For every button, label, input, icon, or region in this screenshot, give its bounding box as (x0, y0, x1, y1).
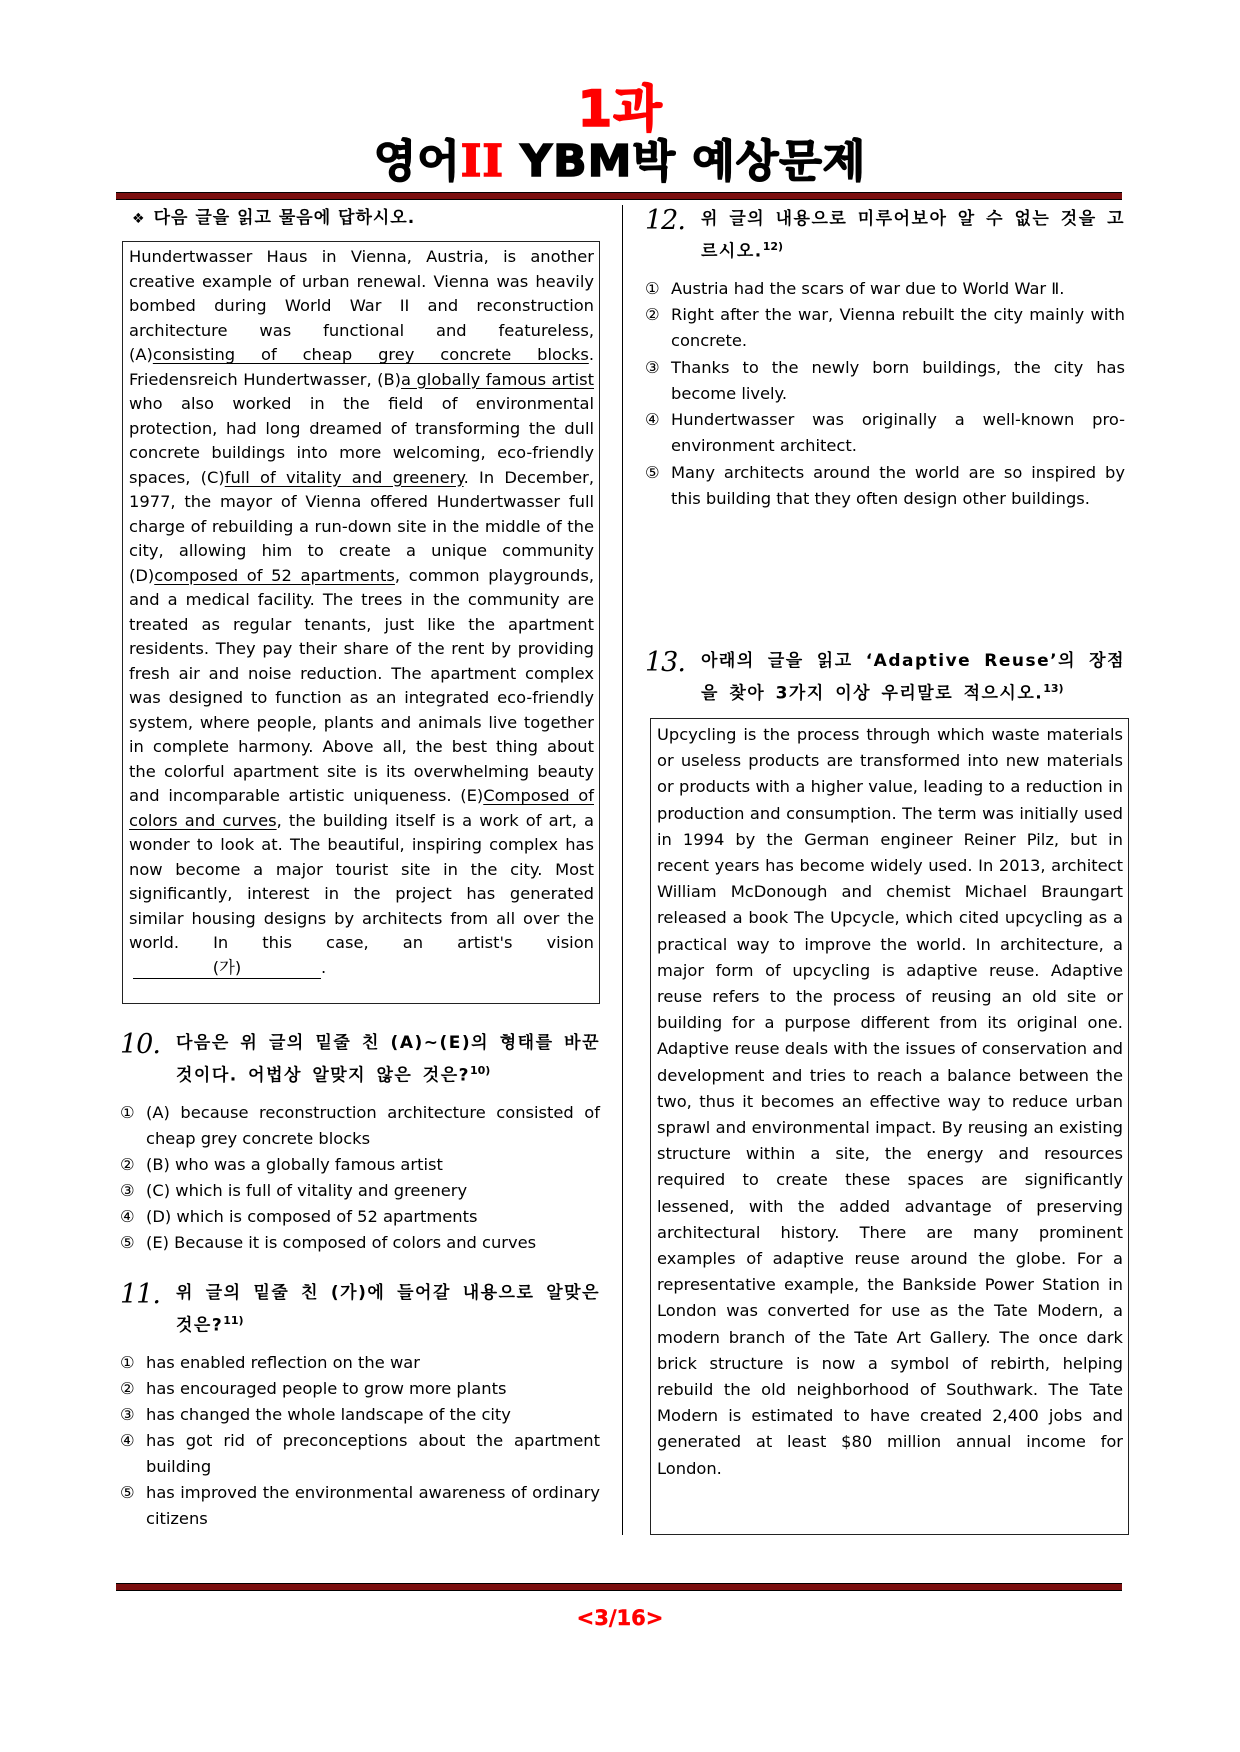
underline-b: a globally famous artist (401, 370, 594, 389)
prompt-text: 아래의 글을 읽고 ‘Adaptive Reuse’의 장점을 찾아 3가지 이… (701, 651, 1125, 704)
option-1[interactable]: ①(A) because reconstruction architecture… (120, 1100, 600, 1152)
option-marker: ② (645, 302, 671, 355)
question-12: 12. 위 글의 내용으로 미루어보아 알 수 없는 것을 고르시오.12) ①… (645, 206, 1125, 512)
footnote-ref: 12) (763, 240, 783, 253)
passage-text: , common playgrounds, and a medical faci… (129, 566, 594, 806)
option-list: ①Austria had the scars of war due to Wor… (645, 276, 1125, 513)
option-marker: ④ (120, 1428, 146, 1480)
option-text: (A) because reconstruction architecture … (146, 1100, 600, 1152)
option-text: Thanks to the newly born buildings, the … (671, 355, 1125, 408)
option-text: (E) Because it is composed of colors and… (146, 1230, 600, 1256)
option-marker: ⑤ (120, 1480, 146, 1532)
passage-text: , the building itself is a work of art, … (129, 811, 594, 953)
page-header: 1과 영어II YBM박 예상문제 (0, 82, 1240, 188)
option-marker: ① (645, 276, 671, 302)
option-list: ①has enabled reflection on the war ②has … (120, 1350, 600, 1532)
page-indicator: <3/16> (0, 1606, 1240, 1630)
header-divider (116, 192, 1122, 200)
option-4[interactable]: ④has got rid of preconceptions about the… (120, 1428, 600, 1480)
option-text: has encouraged people to grow more plant… (146, 1376, 600, 1402)
option-3[interactable]: ③Thanks to the newly born buildings, the… (645, 355, 1125, 408)
option-text: has enabled reflection on the war (146, 1350, 600, 1376)
option-text: has got rid of preconceptions about the … (146, 1428, 600, 1480)
option-5[interactable]: ⑤has improved the environmental awarenes… (120, 1480, 600, 1532)
option-marker: ① (120, 1100, 146, 1152)
option-marker: ④ (120, 1204, 146, 1230)
reading-passage-adaptive-reuse: Upcycling is the process through which w… (650, 718, 1129, 1535)
option-4[interactable]: ④(D) which is composed of 52 apartments (120, 1204, 600, 1230)
prompt-text: 위 글의 밑줄 친 (가)에 들어갈 내용으로 알맞은 것은? (176, 1283, 600, 1336)
option-marker: ① (120, 1350, 146, 1376)
option-text: (C) which is full of vitality and greene… (146, 1178, 600, 1204)
option-text: Many architects around the world are so … (671, 460, 1125, 513)
option-3[interactable]: ③has changed the whole landscape of the … (120, 1402, 600, 1428)
title-suffix: YBM박 예상문제 (504, 136, 866, 187)
title-roman-numeral: II (461, 136, 504, 187)
footnote-ref: 13) (1043, 682, 1063, 695)
option-marker: ② (120, 1152, 146, 1178)
option-marker: ③ (120, 1402, 146, 1428)
option-5[interactable]: ⑤Many architects around the world are so… (645, 460, 1125, 513)
option-marker: ② (120, 1376, 146, 1402)
option-3[interactable]: ③(C) which is full of vitality and green… (120, 1178, 600, 1204)
option-2[interactable]: ②(B) who was a globally famous artist (120, 1152, 600, 1178)
underline-d: composed of 52 apartments (154, 566, 395, 585)
question-number: 13. (645, 648, 701, 678)
option-text: (D) which is composed of 52 apartments (146, 1204, 600, 1230)
option-1[interactable]: ①has enabled reflection on the war (120, 1350, 600, 1376)
diamond-bullet-icon: ❖ (132, 211, 146, 227)
option-2[interactable]: ②Right after the war, Vienna rebuilt the… (645, 302, 1125, 355)
question-prompt: 아래의 글을 읽고 ‘Adaptive Reuse’의 장점을 찾아 3가지 이… (701, 648, 1125, 708)
option-text: Hundertwasser was originally a well-know… (671, 407, 1125, 460)
option-marker: ④ (645, 407, 671, 460)
instruction: ❖다음 글을 읽고 물음에 답하시오. (132, 203, 415, 228)
option-text: Austria had the scars of war due to Worl… (671, 276, 1125, 302)
prompt-text: 다음은 위 글의 밑줄 친 (A)~(E)의 형태를 바꾼 것이다. 어법상 알… (176, 1033, 600, 1086)
question-11: 11. 위 글의 밑줄 친 (가)에 들어갈 내용으로 알맞은 것은?11) ①… (120, 1280, 600, 1532)
option-text: has changed the whole landscape of the c… (146, 1402, 600, 1428)
question-number: 10. (120, 1030, 176, 1060)
footnote-ref: 10) (470, 1064, 490, 1077)
question-prompt: 위 글의 밑줄 친 (가)에 들어갈 내용으로 알맞은 것은?11) (176, 1280, 600, 1340)
footnote-ref: 11) (223, 1314, 243, 1327)
blank-ga: (가) (133, 958, 321, 979)
option-text: (B) who was a globally famous artist (146, 1152, 600, 1178)
option-marker: ③ (645, 355, 671, 408)
reading-passage-hundertwasser: Hundertwasser Haus in Vienna, Austria, i… (122, 241, 600, 1004)
option-marker: ⑤ (645, 460, 671, 513)
question-number: 11. (120, 1280, 176, 1310)
question-prompt: 위 글의 내용으로 미루어보아 알 수 없는 것을 고르시오.12) (701, 206, 1125, 266)
column-divider (622, 205, 623, 1535)
underline-a: consisting of cheap grey concrete blocks (153, 345, 589, 364)
option-marker: ③ (120, 1178, 146, 1204)
option-text: Right after the war, Vienna rebuilt the … (671, 302, 1125, 355)
option-1[interactable]: ①Austria had the scars of war due to Wor… (645, 276, 1125, 302)
option-text: has improved the environmental awareness… (146, 1480, 600, 1532)
title-prefix: 영어 (374, 136, 461, 187)
question-13: 13. 아래의 글을 읽고 ‘Adaptive Reuse’의 장점을 찾아 3… (645, 648, 1125, 708)
instruction-text: 다음 글을 읽고 물음에 답하시오. (154, 208, 416, 228)
option-4[interactable]: ④Hundertwasser was originally a well-kno… (645, 407, 1125, 460)
underline-c: full of vitality and greenery (225, 468, 464, 487)
option-5[interactable]: ⑤(E) Because it is composed of colors an… (120, 1230, 600, 1256)
option-2[interactable]: ②has encouraged people to grow more plan… (120, 1376, 600, 1402)
footer-divider (116, 1583, 1122, 1591)
prompt-text: 위 글의 내용으로 미루어보아 알 수 없는 것을 고르시오. (701, 209, 1125, 262)
option-list: ①(A) because reconstruction architecture… (120, 1100, 600, 1256)
lesson-title: 1과 (0, 82, 1240, 136)
question-10: 10. 다음은 위 글의 밑줄 친 (A)~(E)의 형태를 바꾼 것이다. 어… (120, 1030, 600, 1256)
question-number: 12. (645, 206, 701, 236)
question-prompt: 다음은 위 글의 밑줄 친 (A)~(E)의 형태를 바꾼 것이다. 어법상 알… (176, 1030, 600, 1090)
passage-text: . (321, 958, 326, 977)
option-marker: ⑤ (120, 1230, 146, 1256)
exam-title: 영어II YBM박 예상문제 (0, 136, 1240, 188)
